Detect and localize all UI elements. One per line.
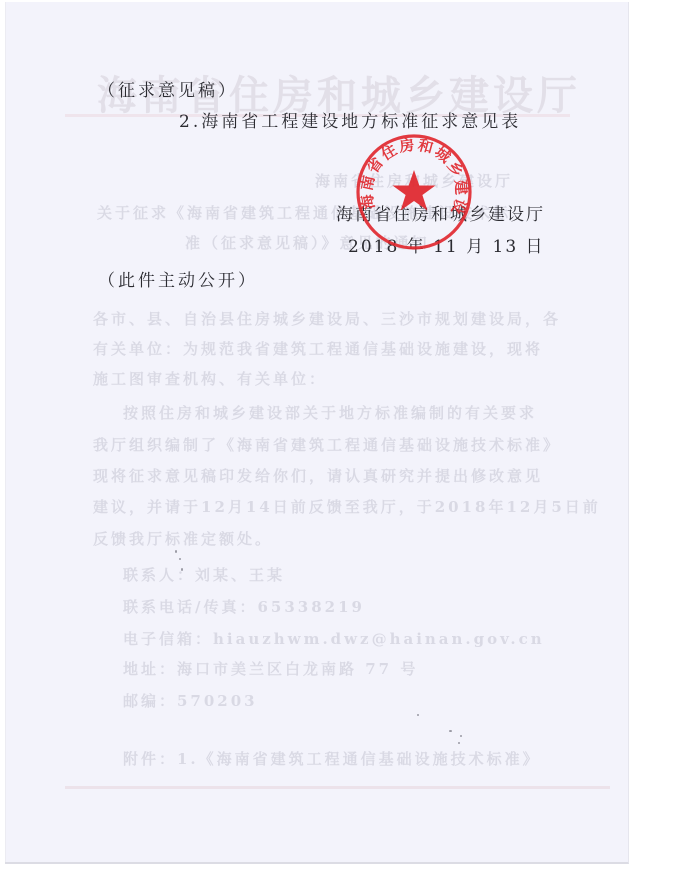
scan-speck — [417, 714, 419, 716]
svg-text:海南省住房和城乡建设厅: 海南省住房和城乡建设厅 — [354, 132, 470, 218]
bleed-through-line: 我厅组织编制了《海南省建筑工程通信基础设施技术标准》 — [93, 434, 561, 455]
bleed-through-red-rule-bottom — [65, 786, 610, 789]
bleed-through-line: 各市、县、自治县住房城乡建设局、三沙市规划建设局，各 — [93, 308, 561, 329]
scan-speck — [449, 730, 452, 732]
bleed-through-line: 按照住房和城乡建设部关于地方标准编制的有关要求 — [123, 402, 537, 423]
bleed-through-line: 地址：海口市美兰区白龙南路 77 号 — [123, 658, 418, 679]
bleed-through-line: 联系人：刘某、王某 — [123, 564, 285, 585]
seal-text: 海南省住房和城乡建设厅 — [354, 132, 470, 218]
attachment-item-title: 2.海南省工程建设地方标准征求意见表 — [179, 107, 521, 132]
scan-speck — [458, 742, 460, 744]
official-seal: 海南省住房和城乡建设厅 — [354, 132, 474, 252]
disclosure-note: （此件主动公开） — [98, 266, 258, 291]
scan-speck — [181, 568, 183, 571]
bleed-through-line: 附件：1.《海南省建筑工程通信基础设施技术标准》 — [123, 748, 541, 769]
bleed-through-line: 联系电话/传真：65338219 — [123, 596, 365, 617]
bleed-through-line: 现将征求意见稿印发给你们，请认真研究并提出修改意见 — [93, 465, 543, 486]
bleed-through-line: 有关单位：为规范我省建筑工程通信基础设施建设，现将 — [93, 338, 543, 359]
star-icon — [393, 170, 436, 211]
bleed-through-line: 电子信箱：hiauzhwm.dwz@hainan.gov.cn — [123, 628, 545, 649]
draft-label: （征求意见稿） — [98, 76, 238, 101]
bleed-through-line: 建议，并请于12月14日前反馈至我厅，于2018年12月5日前 — [93, 496, 601, 517]
bleed-through-line: 反馈我厅标准定额处。 — [93, 528, 273, 549]
document-page: 海南省住房和城乡建设厅 海南省住房和城乡建设厅 关于征求《海南省建筑工程通信基础… — [5, 2, 629, 864]
scan-speck — [179, 558, 181, 560]
bleed-through-line: 施工图审查机构、有关单位： — [93, 368, 327, 389]
bleed-through-line: 邮编：570203 — [123, 690, 258, 711]
scan-speck — [460, 735, 462, 737]
scan-speck — [175, 550, 177, 553]
